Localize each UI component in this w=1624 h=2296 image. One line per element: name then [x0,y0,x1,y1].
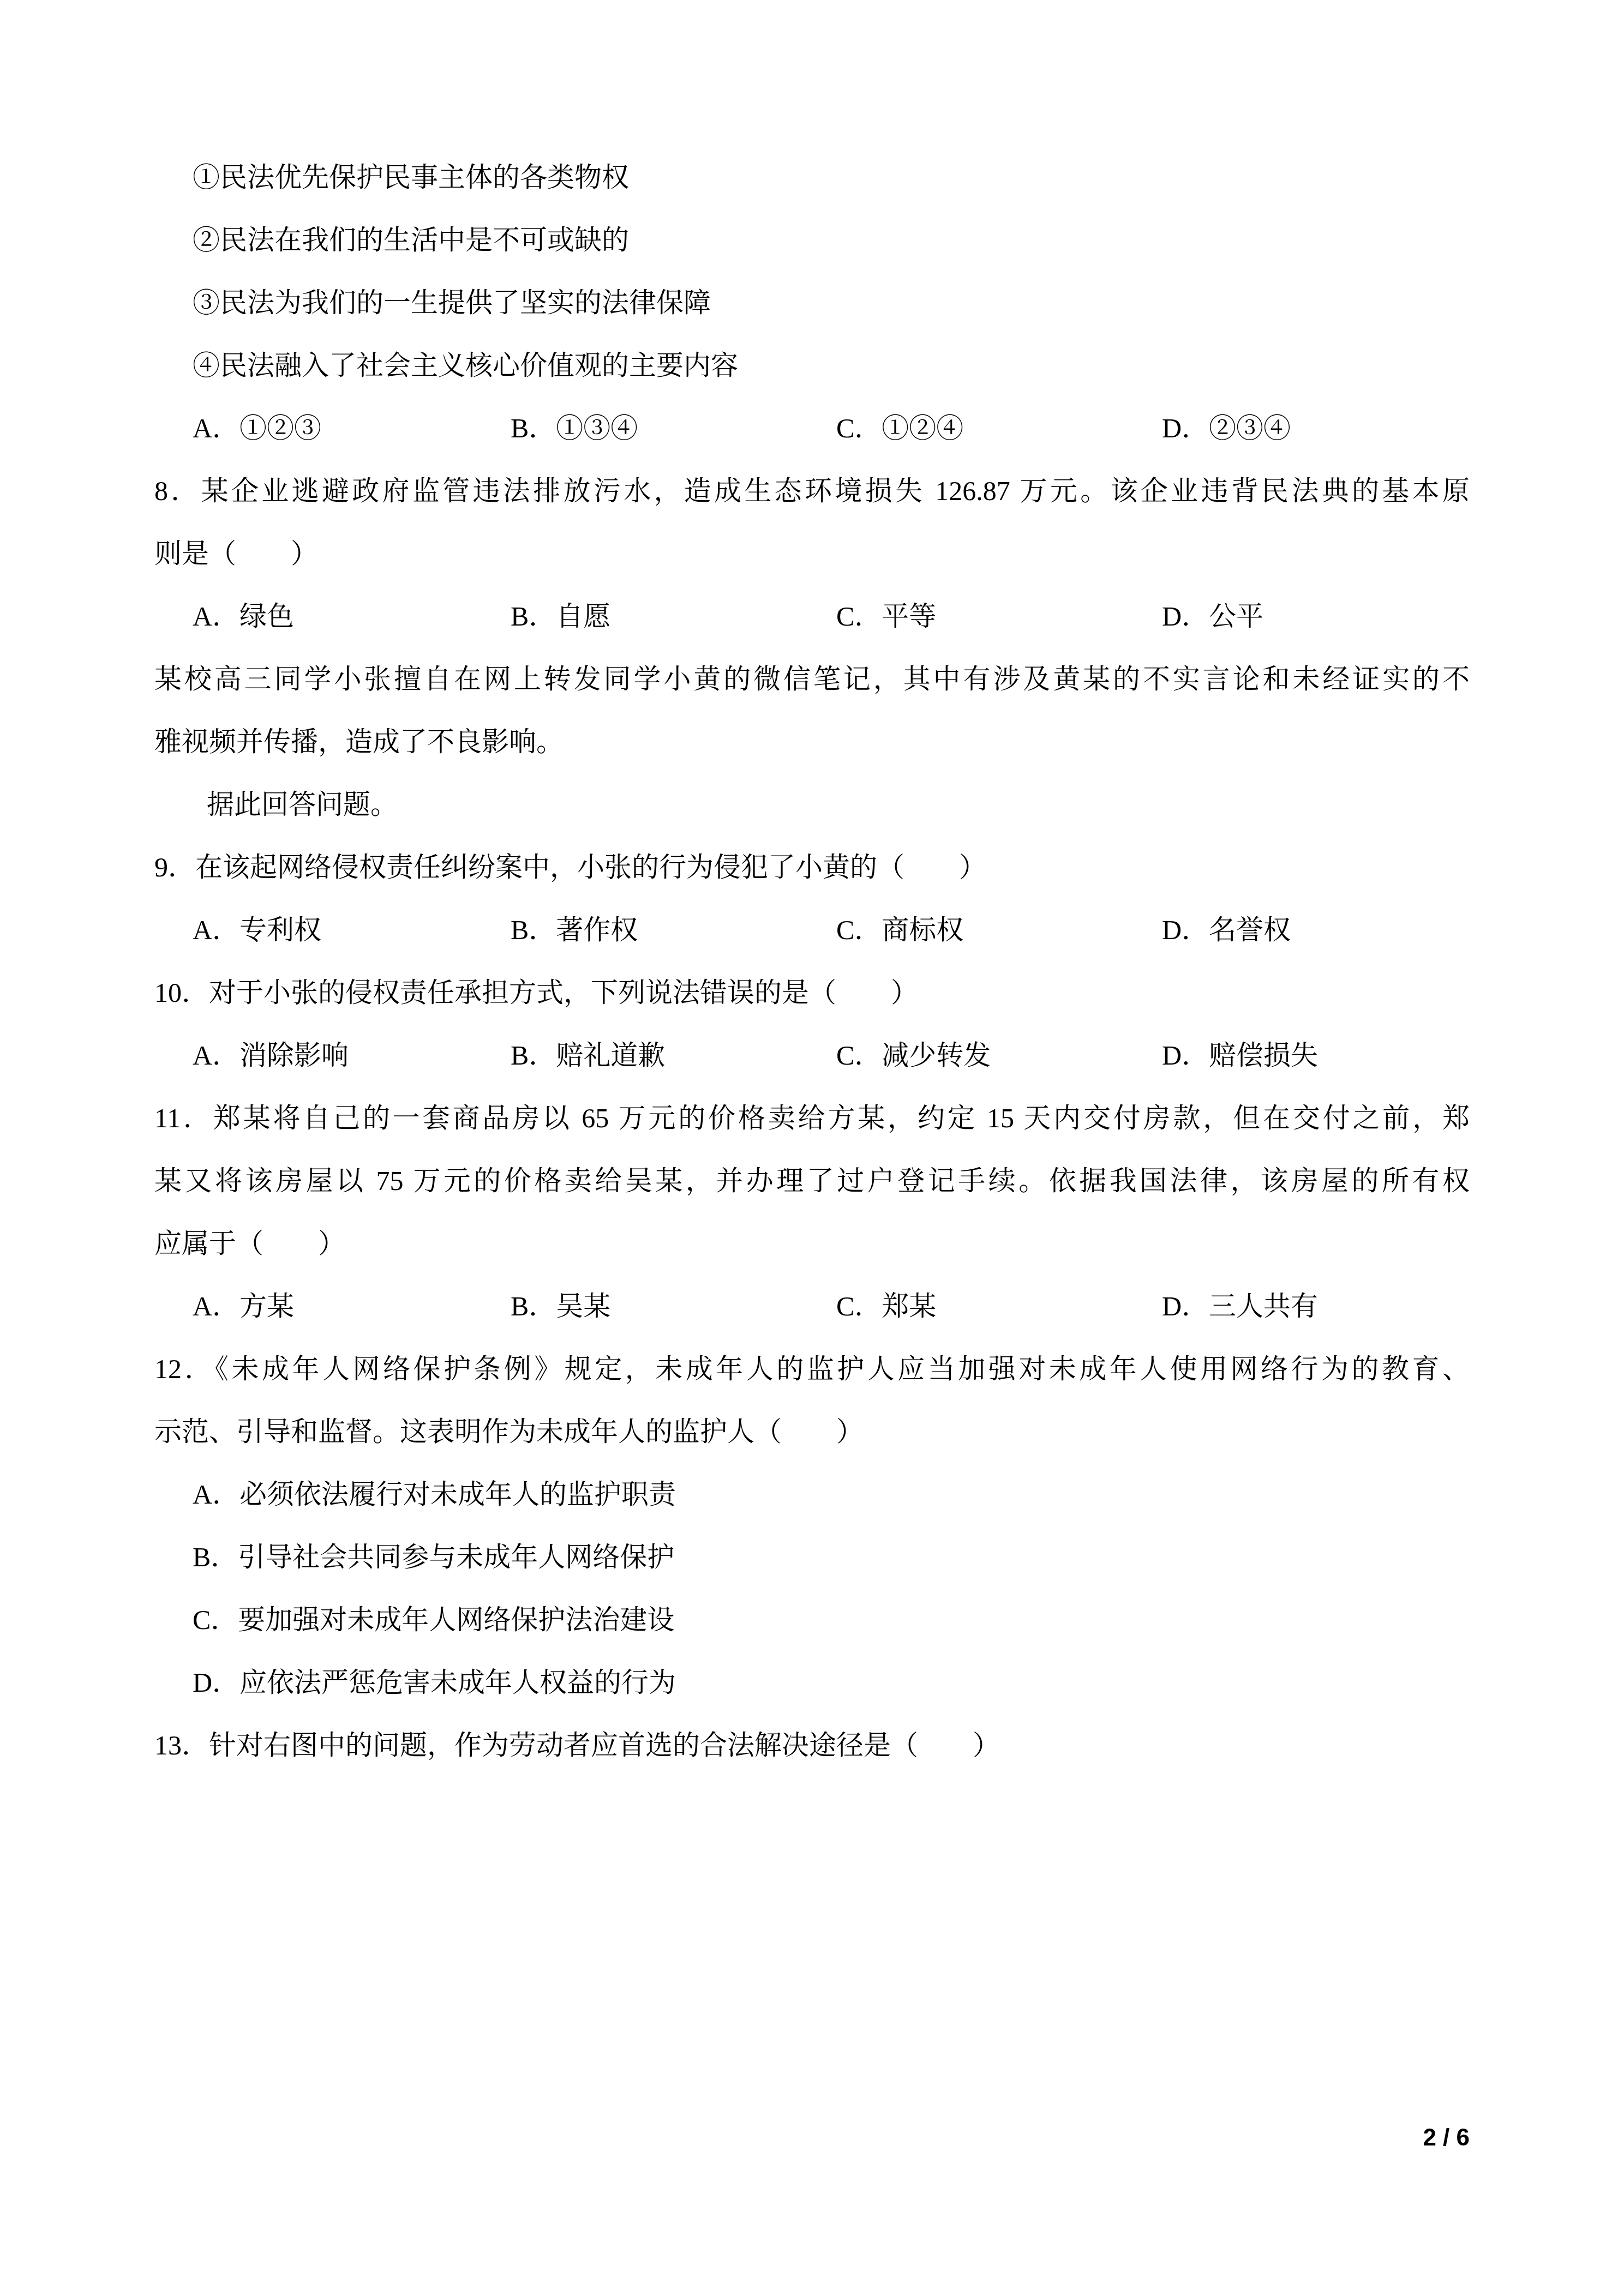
q10-option-c: C．减少转发 [836,1024,991,1087]
q8-option-d: D．公平 [1162,585,1263,648]
q13-text: 13．针对右图中的问题，作为劳动者应首选的合法解决途径是（ ） [154,1714,1470,1777]
q12-text-line-2: 示范、引导和监督。这表明作为未成年人的监护人（ ） [154,1401,1470,1463]
q7-statement-2: ②民法在我们的生活中是不可或缺的 [154,209,1470,272]
q10-option-d: D．赔偿损失 [1162,1024,1318,1087]
q12-option-b: B．引导社会共同参与未成年人网络保护 [154,1526,1470,1589]
stimulus-line-2: 雅视频并传播，造成了不良影响。 [154,711,1470,773]
q8-option-c: C．平等 [836,585,936,648]
q7-statement-1: ①民法优先保护民事主体的各类物权 [154,146,1470,209]
q7-option-a: A．①②③ [193,397,321,460]
q12-option-c: C．要加强对未成年人网络保护法治建设 [154,1589,1470,1651]
stimulus-line-1: 某校高三同学小张擅自在网上转发同学小黄的微信笔记，其中有涉及黄某的不实言论和未经… [154,648,1470,711]
q9-text: 9．在该起网络侵权责任纠纷案中，小张的行为侵犯了小黄的（ ） [154,836,1470,899]
q11-text-line-2: 某又将该房屋以 75 万元的价格卖给吴某，并办理了过户登记手续。依据我国法律，该… [154,1150,1470,1212]
q7-option-d: D．②③④ [1162,397,1291,460]
q10-text: 10．对于小张的侵权责任承担方式，下列说法错误的是（ ） [154,961,1470,1024]
exam-paper-page: ①民法优先保护民事主体的各类物权 ②民法在我们的生活中是不可或缺的 ③民法为我们… [0,0,1624,2296]
q7-option-c: C．①②④ [836,397,963,460]
q7-option-b: B．①③④ [511,397,638,460]
q11-option-a: A．方某 [193,1275,294,1338]
q9-option-b: B．著作权 [511,899,638,961]
q9-option-a: A．专利权 [193,899,321,961]
q12-option-d: D．应依法严惩危害未成年人权益的行为 [154,1651,1470,1714]
q8-options-row: A．绿色 B．自愿 C．平等 D．公平 [154,585,1470,648]
q11-options-row: A．方某 B．吴某 C．郑某 D．三人共有 [154,1275,1470,1338]
q11-option-c: C．郑某 [836,1275,936,1338]
q9-option-c: C．商标权 [836,899,963,961]
q11-option-d: D．三人共有 [1162,1275,1318,1338]
q7-statement-3: ③民法为我们的一生提供了坚实的法律保障 [154,272,1470,334]
q12-option-a: A．必须依法履行对未成年人的监护职责 [154,1463,1470,1526]
page-content: ①民法优先保护民事主体的各类物权 ②民法在我们的生活中是不可或缺的 ③民法为我们… [0,0,1624,1777]
q8-option-b: B．自愿 [511,585,610,648]
q10-option-a: A．消除影响 [193,1024,349,1087]
q10-options-row: A．消除影响 B．赔礼道歉 C．减少转发 D．赔偿损失 [154,1024,1470,1087]
q9-option-d: D．名誉权 [1162,899,1291,961]
q10-option-b: B．赔礼道歉 [511,1024,665,1087]
q11-option-b: B．吴某 [511,1275,610,1338]
q12-text-line-1: 12．《未成年人网络保护条例》规定，未成年人的监护人应当加强对未成年人使用网络行… [154,1338,1470,1401]
q8-text-line-2: 则是（ ） [154,522,1470,585]
q11-text-line-1: 11．郑某将自己的一套商品房以 65 万元的价格卖给方某，约定 15 天内交付房… [154,1087,1470,1150]
q7-options-row: A．①②③ B．①③④ C．①②④ D．②③④ [154,397,1470,460]
page-number: 2 / 6 [1423,2121,1470,2154]
q7-statement-4: ④民法融入了社会主义核心价值观的主要内容 [154,334,1470,397]
q11-text-line-3: 应属于（ ） [154,1212,1470,1275]
q9-options-row: A．专利权 B．著作权 C．商标权 D．名誉权 [154,899,1470,961]
stimulus-line-3: 据此回答问题。 [154,773,1470,836]
q8-option-a: A．绿色 [193,585,294,648]
q8-text-line-1: 8．某企业逃避政府监管违法排放污水，造成生态环境损失 126.87 万元。该企业… [154,460,1470,522]
